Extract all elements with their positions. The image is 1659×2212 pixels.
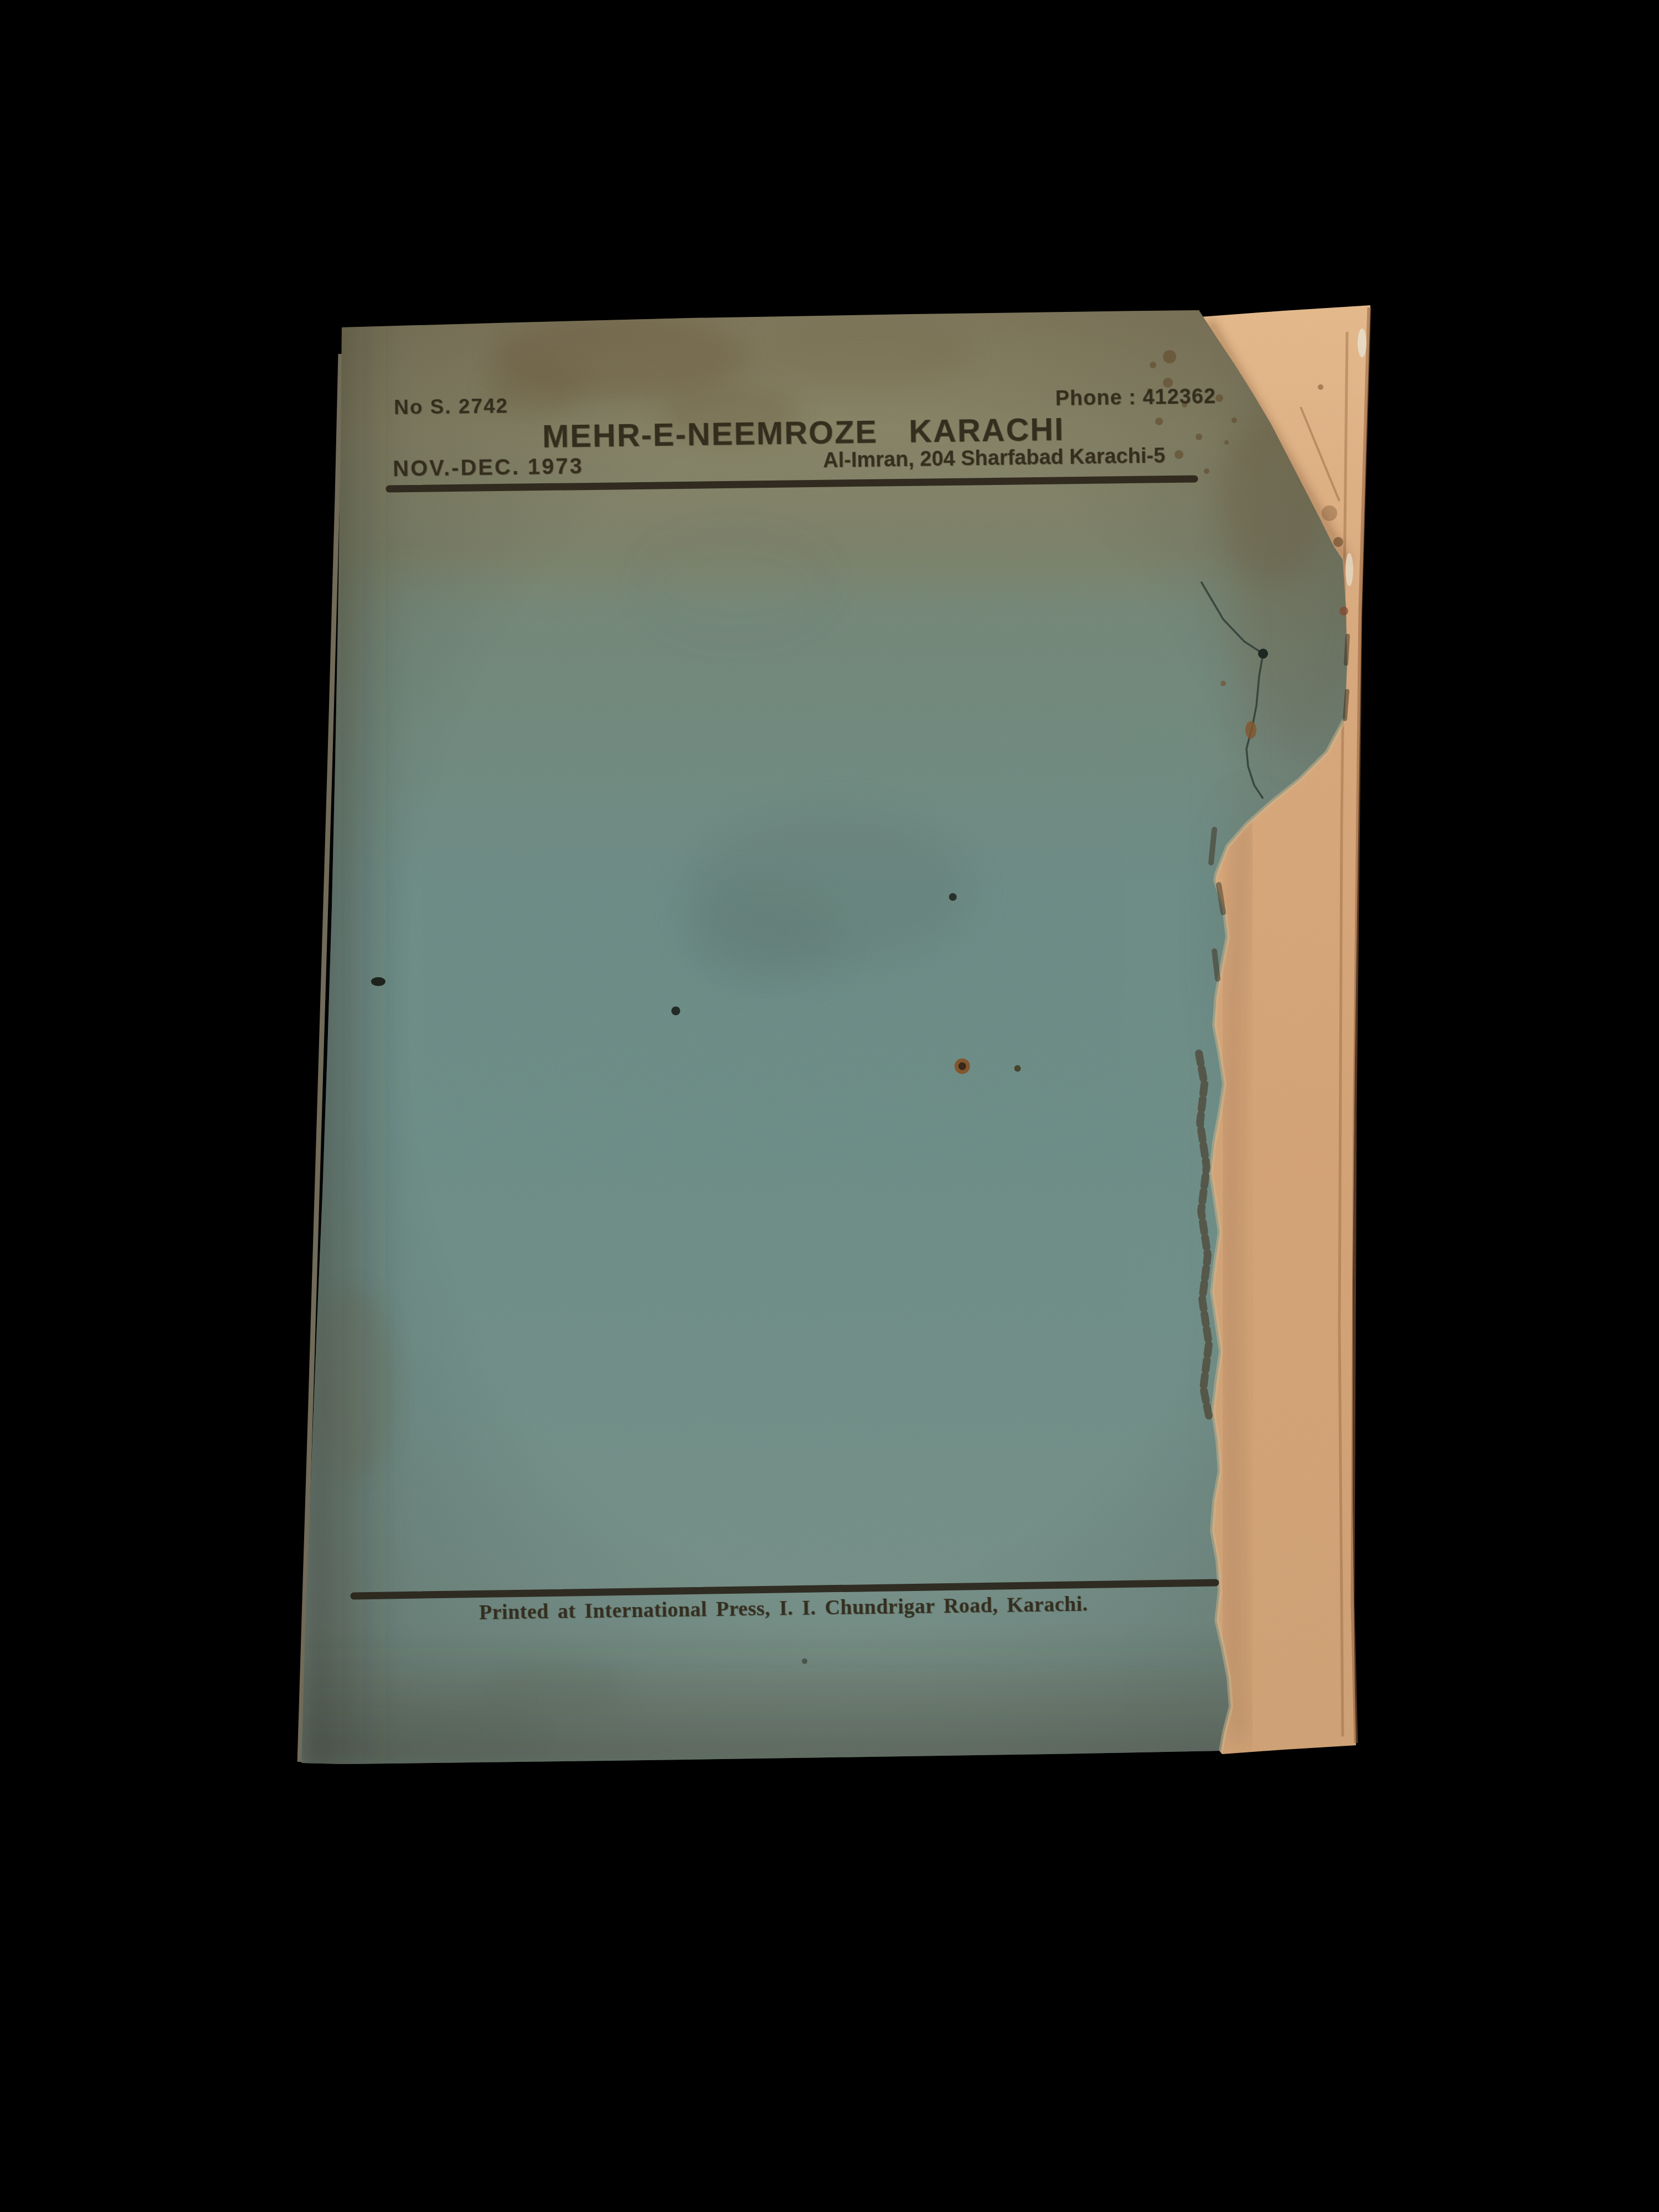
photo-background: No S. 2742 Phone : 412362 MEHR-E-NEEMROZ… xyxy=(0,0,1659,2212)
issue-date: NOV.-DEC. 1973 xyxy=(393,454,584,482)
paper-grain xyxy=(276,276,1410,1803)
publisher-address: Al-Imran, 204 Sharfabad Karachi-5 xyxy=(823,444,1165,473)
book-cover-art xyxy=(0,0,1659,2212)
serial-number: No S. 2742 xyxy=(394,394,509,419)
phone-number: Phone : 412362 xyxy=(1055,385,1216,411)
